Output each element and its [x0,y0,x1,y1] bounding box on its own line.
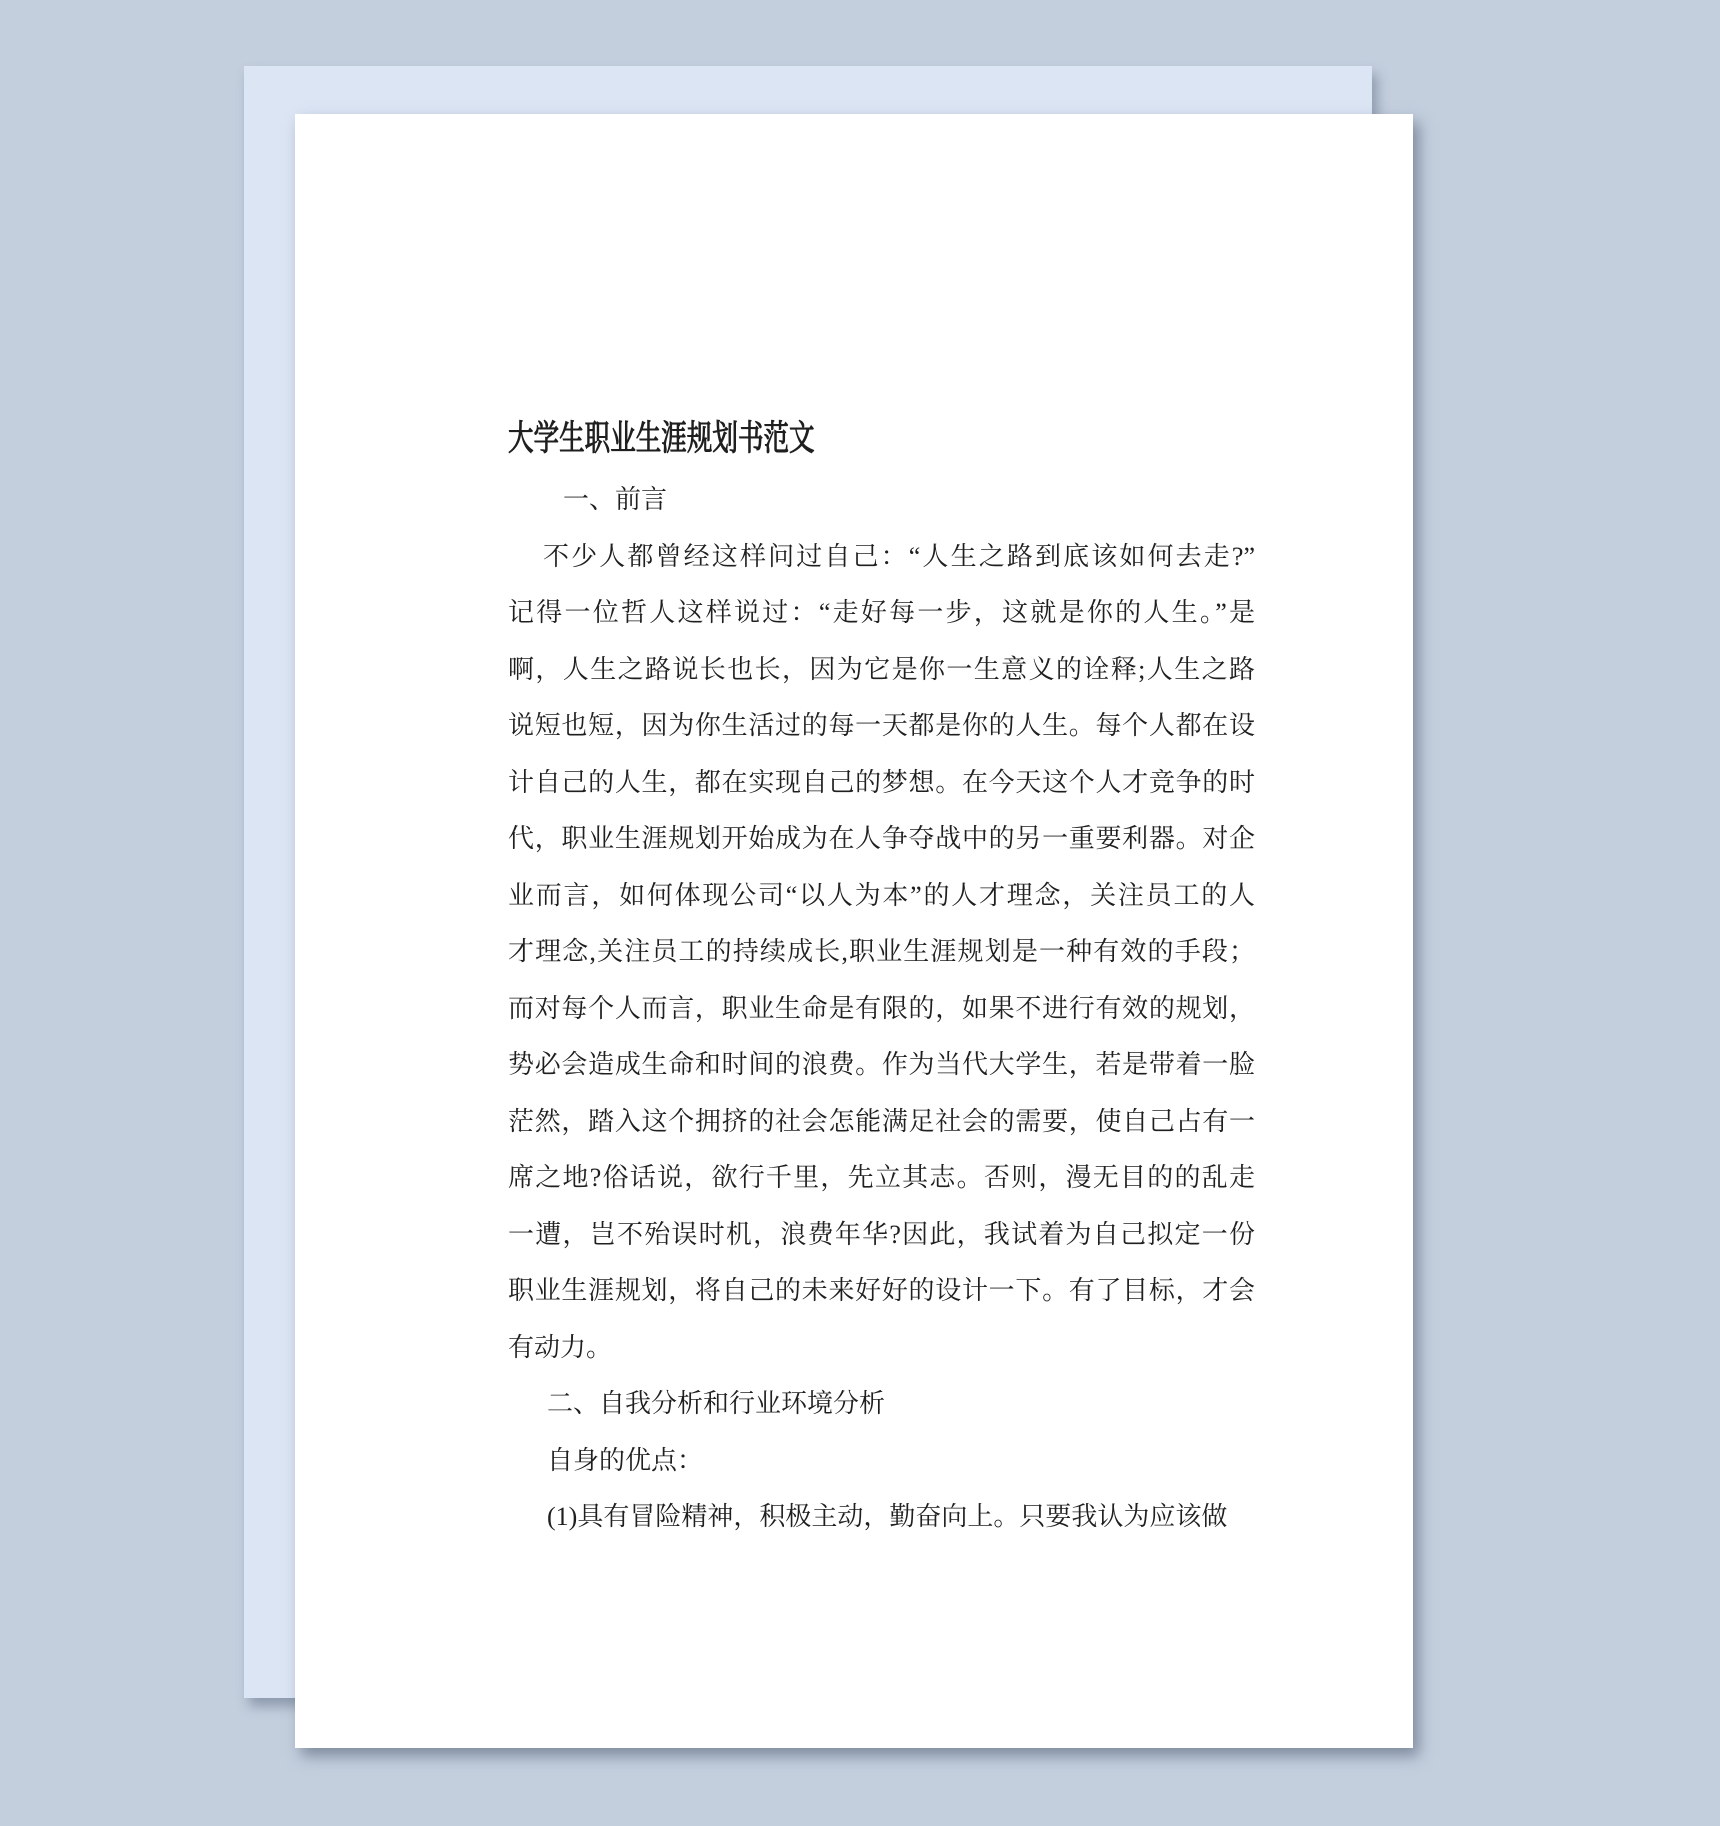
section-heading-preface: 一、前言 [508,472,1255,529]
document-body: 一、前言 不少人都曾经这样问过自己：“人生之路到底该如何去走?” 记得一位哲人这… [508,472,1255,1546]
paragraph-line: 席之地?俗话说，欲行千里，先立其志。否则，漫无目的的乱走 [508,1150,1255,1207]
paragraph-line: 一遭，岂不殆误时机，浪费年华?因此，我试着为自己拟定一份 [508,1207,1255,1264]
paragraph-line: 说短也短，因为你生活过的每一天都是你的人生。每个人都在设 [508,698,1255,755]
paragraph-line: 业而言，如何体现公司“以人为本”的人才理念，关注员工的人 [508,868,1255,925]
subheading-strengths: 自身的优点： [508,1433,1255,1490]
document-page: 大学生职业生涯规划书范文 一、前言 不少人都曾经这样问过自己：“人生之路到底该如… [295,114,1413,1748]
paragraph-line: 而对每个人而言，职业生命是有限的，如果不进行有效的规划， [508,981,1255,1038]
desktop-background: 大学生职业生涯规划书范文 一、前言 不少人都曾经这样问过自己：“人生之路到底该如… [0,0,1720,1826]
document-title: 大学生职业生涯规划书范文 [508,417,815,461]
paragraph-line: 啊，人生之路说长也长，因为它是你一生意义的诠释;人生之路 [508,642,1255,699]
paragraph-line: 记得一位哲人这样说过：“走好每一步，这就是你的人生。”是 [508,585,1255,642]
paragraph-line: 不少人都曾经这样问过自己：“人生之路到底该如何去走?” [508,529,1255,586]
section-heading-analysis: 二、自我分析和行业环境分析 [508,1376,1255,1433]
paragraph-line: 代，职业生涯规划开始成为在人争夺战中的另一重要利器。对企 [508,811,1255,868]
paragraph-line: 才理念,关注员工的持续成长,职业生涯规划是一种有效的手段； [508,924,1255,981]
list-item-strength-1: (1)具有冒险精神，积极主动，勤奋向上。只要我认为应该做 [508,1489,1255,1546]
paragraph-line: 职业生涯规划，将自己的未来好好的设计一下。有了目标，才会 [508,1263,1255,1320]
paragraph-line: 有动力。 [508,1320,1255,1377]
paragraph-line: 茫然，踏入这个拥挤的社会怎能满足社会的需要，使自己占有一 [508,1094,1255,1151]
paragraph-line: 计自己的人生，都在实现自己的梦想。在今天这个人才竞争的时 [508,755,1255,812]
paragraph-line: 势必会造成生命和时间的浪费。作为当代大学生，若是带着一脸 [508,1037,1255,1094]
